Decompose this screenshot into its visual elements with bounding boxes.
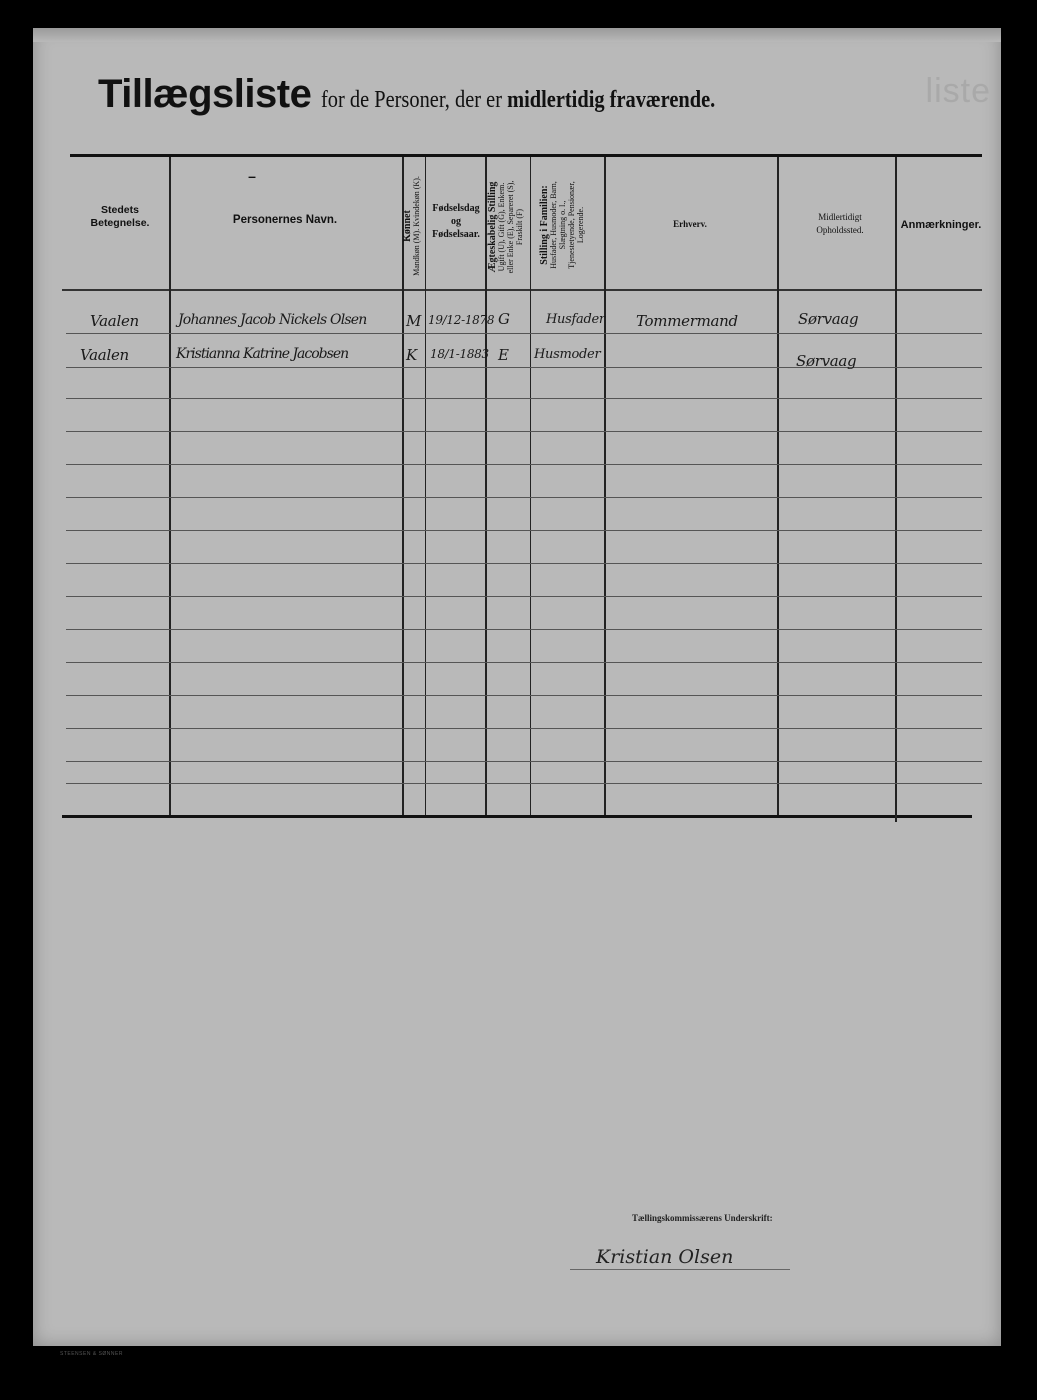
signature-line [570, 1269, 790, 1270]
col-divider [895, 157, 897, 822]
row-line [66, 695, 982, 696]
row2-ophold: Sørvaag [796, 352, 856, 370]
col-divider [169, 157, 171, 815]
header-erhverv: Erhverv. [640, 218, 740, 231]
signature-name: Kristian Olsen [596, 1246, 733, 1268]
row-line [66, 728, 982, 729]
row2-stilling: Husmoder [534, 347, 600, 362]
table-bottom-rule [62, 815, 972, 818]
col-divider [604, 157, 606, 815]
row-line [66, 497, 982, 498]
header-ophold: Midlertidigt Opholdssted. [790, 211, 890, 237]
row-line [66, 563, 982, 564]
row-line [66, 596, 982, 597]
title-large: Tillægsliste [98, 72, 311, 116]
row-line [66, 530, 982, 531]
row2-navn: Kristianna Katrine Jacobsen [176, 346, 348, 362]
row-line [66, 662, 982, 663]
header-navn: Personernes Navn. [200, 214, 370, 227]
header-anmaerkninger: Anmærkninger. [897, 219, 985, 232]
header-navn-mark: – [232, 170, 272, 183]
row2-aegteskab: E [498, 346, 509, 364]
header-kjonnet: Kønnet Mandkøn (M). Kvindekøn (K). [403, 166, 425, 286]
row-line [66, 398, 982, 399]
row2-fodsel: 18/1-1883 [430, 347, 489, 361]
col-divider [530, 157, 531, 815]
bleed-through-stamp: liste [926, 72, 991, 111]
row1-stedets: Vaalen [90, 312, 139, 330]
printer-mark: STEENSEN & SØNNER [60, 1351, 123, 1357]
row1-kjonnet: M [406, 312, 421, 330]
header-stedets: Stedets Betegnelse. [75, 204, 165, 230]
row1-stilling: Husfader [546, 312, 605, 327]
row1-erhverv: Tommermand [636, 312, 738, 330]
header-stilling: Stilling i Familien: Husfader, Husmoder,… [540, 165, 596, 285]
row1-navn: Johannes Jacob Nickels Olsen [178, 312, 367, 328]
row-line [66, 761, 982, 762]
header-fodsel: Fødselsdag og Fødselsaar. [428, 202, 484, 241]
row-line [66, 333, 982, 334]
row-line [66, 783, 982, 784]
header-aegteskab: Ægteskabelig Stilling Ugift (U), Gift (G… [488, 168, 528, 286]
form-title: Tillægsliste for de Personer, der er mid… [98, 72, 785, 117]
row1-aegteskab: G [498, 310, 510, 328]
signature-label: Tællingskommissærens Underskrift: [632, 1213, 773, 1223]
col-divider [777, 157, 779, 815]
col-divider [425, 157, 426, 815]
row2-stedets: Vaalen [80, 346, 129, 364]
row-line [66, 629, 982, 630]
row1-fodsel: 19/12-1878 [428, 313, 494, 327]
row1-ophold: Sørvaag [798, 310, 858, 328]
row-line [66, 431, 982, 432]
row-line [66, 464, 982, 465]
row2-kjonnet: K [406, 346, 417, 364]
header-top-rule [70, 154, 982, 157]
title-subtitle: for de Personer, der er midlertidig frav… [321, 87, 715, 114]
header-bottom-rule [62, 289, 982, 291]
